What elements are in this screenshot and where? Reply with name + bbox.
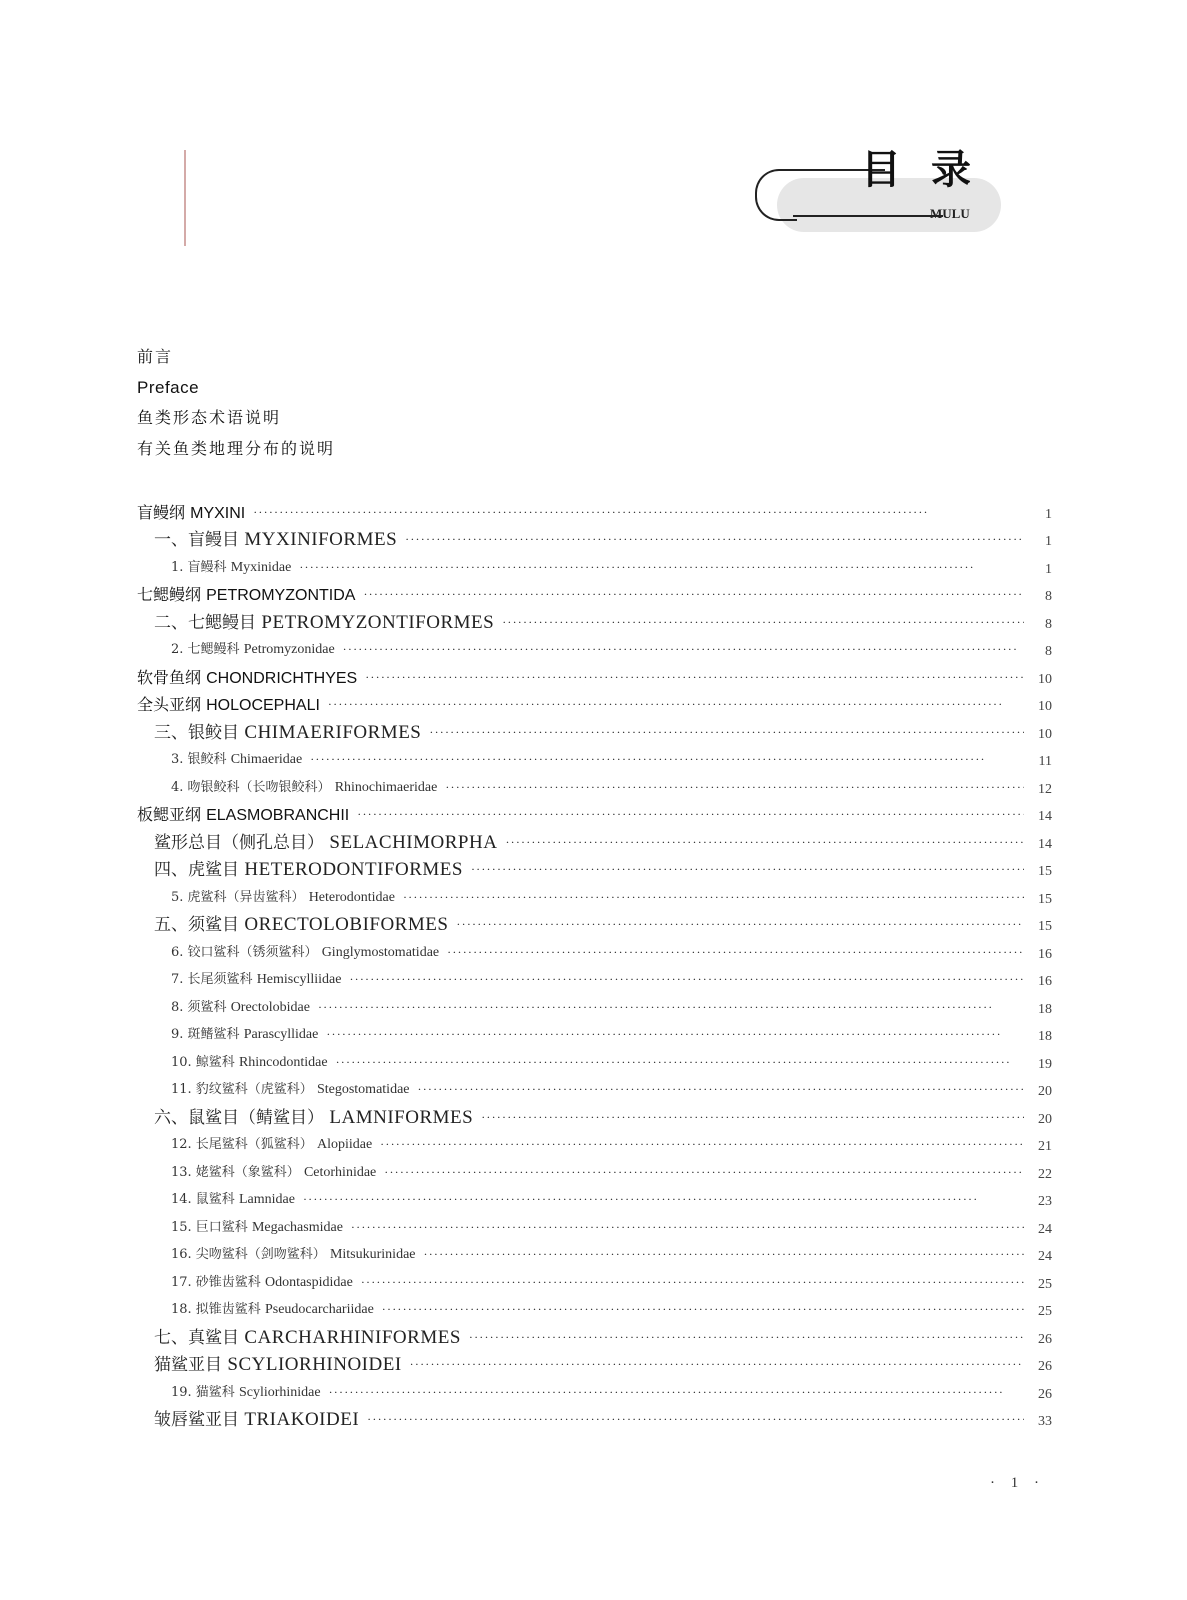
toc-entry-chinese-name: 猫鲨亚目 <box>154 1355 222 1375</box>
dot-leader: ········································… <box>365 669 1024 685</box>
toc-entry-chinese-name: 19. 猫鲨科 <box>171 1385 235 1400</box>
toc-entry-latin-name: CHONDRICHTHYES <box>206 670 357 687</box>
toc-entry-label: 11. 豹纹鲨科（虎鲨科） Stegostomatidae <box>137 1078 418 1102</box>
toc-entry-label: 六、鼠鲨目（鲭鲨目） LAMNIFORMES <box>137 1103 481 1130</box>
toc-entry[interactable]: 一、盲鳗目 MYXINIFORMES······················… <box>137 525 1052 553</box>
toc-entry-page-number: 22 <box>1024 1167 1052 1185</box>
toc-entry[interactable]: 6. 铰口鲨科（锈须鲨科） Ginglymostomatidae········… <box>137 937 1052 965</box>
toc-entry[interactable]: 二、七鳃鳗目 PETROMYZONTIFORMES···············… <box>137 607 1052 635</box>
toc-entry[interactable]: 七鳃鳗纲 PETROMYZONTIDA·····················… <box>137 580 1052 608</box>
toc-entry-chinese-name: 11. 豹纹鲨科（虎鲨科） <box>171 1082 313 1097</box>
toc-entry[interactable]: 11. 豹纹鲨科（虎鲨科） Stegostomatidae···········… <box>137 1075 1052 1103</box>
toc-entry[interactable]: 五、须鲨目 ORECTOLOBIFORMES··················… <box>137 910 1052 938</box>
toc-entry-page-number: 15 <box>1024 892 1052 910</box>
toc-entry-chinese-name: 6. 铰口鲨科（锈须鲨科） <box>171 945 318 960</box>
toc-entry-label: 七、真鲨目 CARCHARHINIFORMES <box>137 1323 469 1350</box>
toc-entry-latin-name: CHIMAERIFORMES <box>244 722 421 743</box>
toc-entry[interactable]: 19. 猫鲨科 Scyliorhinidae··················… <box>137 1377 1052 1405</box>
toc-title-block: 目录 MULU <box>755 148 1005 238</box>
page-number: · 1 · <box>990 1475 1045 1492</box>
toc-entry-latin-name: Odontaspididae <box>265 1275 353 1290</box>
toc-entry-chinese-name: 三、银鲛目 <box>154 723 239 743</box>
toc-entry-label: 8. 须鲨科 Orectolobidae <box>137 996 318 1020</box>
toc-entry-label: 三、银鲛目 CHIMAERIFORMES <box>137 718 429 745</box>
dot-leader: ········································… <box>343 641 1024 657</box>
toc-entry-latin-name: PETROMYZONTIDA <box>206 587 355 604</box>
dot-leader: ········································… <box>471 861 1024 877</box>
toc-entry-page-number: 26 <box>1024 1359 1052 1377</box>
dot-leader: ········································… <box>336 1054 1024 1070</box>
toc-entry[interactable]: 盲鳗纲 MYXINI······························… <box>137 497 1052 525</box>
toc-entry-label: 七鳃鳗纲 PETROMYZONTIDA <box>137 582 363 607</box>
toc-entry-latin-name: Stegostomatidae <box>317 1082 410 1097</box>
toc-entry-page-number: 1 <box>1024 562 1052 580</box>
toc-entry-chinese-name: 12. 长尾鲨科（狐鲨科） <box>171 1137 313 1152</box>
toc-entry[interactable]: 4. 吻银鲛科（长吻银鲛科） Rhinochimaeridae·········… <box>137 772 1052 800</box>
toc-entry-latin-name: SCYLIORHINOIDEI <box>227 1354 401 1375</box>
toc-entry[interactable]: 18. 拟锥齿鲨科 Pseudocarchariidae············… <box>137 1295 1052 1323</box>
toc-entry-latin-name: TRIAKOIDEI <box>244 1409 359 1430</box>
decorative-vertical-rule <box>184 150 186 246</box>
toc-entry-label: 10. 鲸鲨科 Rhincodontidae <box>137 1051 336 1075</box>
dot-leader: ········································… <box>456 916 1024 932</box>
page-title-pinyin: MULU <box>930 206 970 222</box>
dot-leader: ········································… <box>405 531 1024 547</box>
toc-entry[interactable]: 六、鼠鲨目（鲭鲨目） LAMNIFORMES··················… <box>137 1102 1052 1130</box>
toc-entry-page-number: 33 <box>1024 1414 1052 1432</box>
toc-entry-chinese-name: 3. 银鲛科 <box>171 752 227 767</box>
toc-entry-latin-name: SELACHIMORPHA <box>329 832 497 853</box>
dot-leader: ········································… <box>445 779 1024 795</box>
toc-entry-latin-name: HOLOCEPHALI <box>206 697 320 714</box>
toc-entry-latin-name: Orectolobidae <box>231 1000 310 1015</box>
toc-entry-chinese-name: 9. 斑鳍鲨科 <box>171 1027 240 1042</box>
toc-entry-page-number: 1 <box>1024 534 1052 552</box>
toc-entry-label: 5. 虎鲨科（异齿鲨科） Heterodontidae <box>137 886 403 910</box>
toc-entry[interactable]: 7. 长尾须鲨科 Hemiscylliidae·················… <box>137 965 1052 993</box>
toc-entry-chinese-name: 7. 长尾须鲨科 <box>171 972 253 987</box>
toc-entry-latin-name: ELASMOBRANCHII <box>206 807 349 824</box>
toc-entry-latin-name: Lamnidae <box>239 1192 295 1207</box>
toc-entry-label: 四、虎鲨目 HETERODONTIFORMES <box>137 855 471 882</box>
toc-entry-label: 15. 巨口鲨科 Megachasmidae <box>137 1216 351 1240</box>
toc-entry-latin-name: CARCHARHINIFORMES <box>244 1327 460 1348</box>
toc-entry-chinese-name: 2. 七鳃鳗科 <box>171 642 240 657</box>
dot-leader: ········································… <box>447 944 1024 960</box>
toc-entry[interactable]: 9. 斑鳍鲨科 Parascyllidae···················… <box>137 1020 1052 1048</box>
toc-entry-chinese-name: 全头亚纲 <box>137 695 201 714</box>
toc-entry-chinese-name: 七、真鲨目 <box>154 1328 239 1348</box>
toc-entry-page-number: 19 <box>1024 1057 1052 1075</box>
toc-entry-latin-name: Hemiscylliidae <box>257 972 342 987</box>
toc-entry-label: 猫鲨亚目 SCYLIORHINOIDEI <box>137 1350 410 1377</box>
toc-entry-label: 1. 盲鳗科 Myxinidae <box>137 556 299 580</box>
toc-entry-label: 2. 七鳃鳗科 Petromyzonidae <box>137 638 343 662</box>
dot-leader: ········································… <box>318 999 1024 1015</box>
toc-entry-page-number: 26 <box>1024 1387 1052 1405</box>
toc-entry-page-number: 14 <box>1024 837 1052 855</box>
dot-leader: ········································… <box>310 751 1024 767</box>
toc-entry-page-number: 24 <box>1024 1249 1052 1267</box>
toc-entry-latin-name: Myxinidae <box>231 560 292 575</box>
toc-entry[interactable]: 12. 长尾鲨科（狐鲨科） Alopiidae·················… <box>137 1130 1052 1158</box>
toc-entry-chinese-name: 皱唇鲨亚目 <box>154 1410 239 1430</box>
toc-entry-label: 鲨形总目（侧孔总目） SELACHIMORPHA <box>137 828 505 855</box>
dot-leader: ········································… <box>382 1301 1024 1317</box>
toc-entry[interactable]: 13. 姥鲨科（象鲨科） Cetorhinidae···············… <box>137 1157 1052 1185</box>
toc-entry-page-number: 24 <box>1024 1222 1052 1240</box>
dot-leader: ········································… <box>351 1219 1024 1235</box>
toc-entry-label: 13. 姥鲨科（象鲨科） Cetorhinidae <box>137 1161 384 1185</box>
toc-entry-page-number: 10 <box>1024 672 1052 690</box>
toc-entry-chinese-name: 15. 巨口鲨科 <box>171 1220 248 1235</box>
toc-entry-label: 软骨鱼纲 CHONDRICHTHYES <box>137 665 365 690</box>
toc-entry-label: 18. 拟锥齿鲨科 Pseudocarchariidae <box>137 1298 382 1322</box>
toc-entry-page-number: 16 <box>1024 974 1052 992</box>
toc-entry-label: 一、盲鳗目 MYXINIFORMES <box>137 525 405 552</box>
dot-leader: ········································… <box>349 971 1024 987</box>
toc-entry[interactable]: 七、真鲨目 CARCHARHINIFORMES·················… <box>137 1322 1052 1350</box>
toc-entry-page-number: 25 <box>1024 1304 1052 1322</box>
toc-entry[interactable]: 17. 砂锥齿鲨科 Odontaspididae················… <box>137 1267 1052 1295</box>
toc-entry[interactable]: 软骨鱼纲 CHONDRICHTHYES·····················… <box>137 662 1052 690</box>
table-of-contents: 盲鳗纲 MYXINI······························… <box>137 497 1052 1432</box>
toc-entry[interactable]: 鲨形总目（侧孔总目） SELACHIMORPHA················… <box>137 827 1052 855</box>
toc-entry-latin-name: MYXINI <box>190 505 245 522</box>
toc-entry-page-number: 25 <box>1024 1277 1052 1295</box>
toc-entry-page-number: 1 <box>1024 507 1052 525</box>
toc-entry-chinese-name: 七鳃鳗纲 <box>137 585 201 604</box>
dot-leader: ········································… <box>303 1191 1024 1207</box>
toc-entry-chinese-name: 17. 砂锥齿鲨科 <box>171 1275 261 1290</box>
toc-entry-label: 14. 鼠鲨科 Lamnidae <box>137 1188 303 1212</box>
toc-entry-page-number: 26 <box>1024 1332 1052 1350</box>
toc-entry-label: 二、七鳃鳗目 PETROMYZONTIFORMES <box>137 608 502 635</box>
toc-entry[interactable]: 14. 鼠鲨科 Lamnidae························… <box>137 1185 1052 1213</box>
toc-entry-page-number: 8 <box>1024 617 1052 635</box>
toc-entry-chinese-name: 二、七鳃鳗目 <box>154 613 256 633</box>
front-matter-item-morphology-terms[interactable]: 鱼类形态术语说明 <box>137 405 335 436</box>
toc-entry-chinese-name: 10. 鲸鲨科 <box>171 1055 235 1070</box>
toc-entry-page-number: 11 <box>1024 754 1052 772</box>
toc-entry-page-number: 10 <box>1024 699 1052 717</box>
toc-entry-label: 17. 砂锥齿鲨科 Odontaspididae <box>137 1271 361 1295</box>
toc-entry-label: 7. 长尾须鲨科 Hemiscylliidae <box>137 968 349 992</box>
toc-entry-label: 4. 吻银鲛科（长吻银鲛科） Rhinochimaeridae <box>137 776 445 800</box>
toc-entry-latin-name: Alopiidae <box>317 1137 372 1152</box>
dot-leader: ········································… <box>326 1026 1024 1042</box>
front-matter-list: 前言 Preface 鱼类形态术语说明 有关鱼类地理分布的说明 <box>137 344 335 466</box>
toc-entry-chinese-name: 四、虎鲨目 <box>154 860 239 880</box>
toc-entry-label: 全头亚纲 HOLOCEPHALI <box>137 692 328 717</box>
dot-leader: ········································… <box>502 614 1024 630</box>
dot-leader: ········································… <box>418 1081 1025 1097</box>
toc-entry-latin-name: Rhincodontidae <box>239 1055 328 1070</box>
toc-entry-label: 皱唇鲨亚目 TRIAKOIDEI <box>137 1405 367 1432</box>
toc-entry-page-number: 20 <box>1024 1112 1052 1130</box>
toc-entry-label: 6. 铰口鲨科（锈须鲨科） Ginglymostomatidae <box>137 941 447 965</box>
toc-entry[interactable]: 三、银鲛目 CHIMAERIFORMES····················… <box>137 717 1052 745</box>
toc-entry[interactable]: 2. 七鳃鳗科 Petromyzonidae··················… <box>137 635 1052 663</box>
dot-leader: ········································… <box>299 559 1024 575</box>
toc-entry-label: 9. 斑鳍鲨科 Parascyllidae <box>137 1023 326 1047</box>
toc-entry-page-number: 12 <box>1024 782 1052 800</box>
dot-leader: ········································… <box>424 1246 1025 1262</box>
toc-entry-label: 板鳃亚纲 ELASMOBRANCHII <box>137 802 357 827</box>
toc-entry[interactable]: 板鳃亚纲 ELASMOBRANCHII·····················… <box>137 800 1052 828</box>
toc-entry-latin-name: Megachasmidae <box>252 1220 343 1235</box>
toc-entry-label: 盲鳗纲 MYXINI <box>137 500 253 525</box>
toc-entry-chinese-name: 5. 虎鲨科（异齿鲨科） <box>171 890 305 905</box>
dot-leader: ········································… <box>410 1356 1024 1372</box>
toc-entry-latin-name: Chimaeridae <box>231 752 303 767</box>
toc-entry-label: 五、须鲨目 ORECTOLOBIFORMES <box>137 910 456 937</box>
toc-entry-latin-name: Pseudocarchariidae <box>265 1302 374 1317</box>
toc-entry-page-number: 8 <box>1024 589 1052 607</box>
toc-entry-latin-name: Petromyzonidae <box>244 642 335 657</box>
toc-entry-chinese-name: 13. 姥鲨科（象鲨科） <box>171 1165 300 1180</box>
toc-entry-chinese-name: 一、盲鳗目 <box>154 530 239 550</box>
toc-entry-latin-name: Scyliorhinidae <box>239 1385 321 1400</box>
dot-leader: ········································… <box>429 724 1024 740</box>
toc-entry-latin-name: PETROMYZONTIFORMES <box>261 612 494 633</box>
toc-entry-chinese-name: 1. 盲鳗科 <box>171 560 227 575</box>
toc-entry[interactable]: 3. 银鲛科 Chimaeridae······················… <box>137 745 1052 773</box>
dot-leader: ········································… <box>380 1136 1024 1152</box>
toc-entry-chinese-name: 鲨形总目（侧孔总目） <box>154 833 324 853</box>
front-matter-item-distribution-notes[interactable]: 有关鱼类地理分布的说明 <box>137 436 335 467</box>
toc-entry-latin-name: Parascyllidae <box>244 1027 319 1042</box>
toc-entry[interactable]: 8. 须鲨科 Orectolobidae····················… <box>137 992 1052 1020</box>
toc-entry-page-number: 21 <box>1024 1139 1052 1157</box>
toc-entry-chinese-name: 16. 尖吻鲨科（剑吻鲨科） <box>171 1247 326 1262</box>
toc-entry-page-number: 14 <box>1024 809 1052 827</box>
dot-leader: ········································… <box>367 1411 1024 1427</box>
toc-entry-page-number: 15 <box>1024 919 1052 937</box>
toc-entry[interactable]: 1. 盲鳗科 Myxinidae························… <box>137 552 1052 580</box>
toc-entry-page-number: 23 <box>1024 1194 1052 1212</box>
toc-entry-label: 12. 长尾鲨科（狐鲨科） Alopiidae <box>137 1133 380 1157</box>
toc-entry-latin-name: Ginglymostomatidae <box>322 945 439 960</box>
toc-entry-latin-name: Cetorhinidae <box>304 1165 376 1180</box>
dot-leader: ········································… <box>361 1274 1024 1290</box>
toc-entry-chinese-name: 18. 拟锥齿鲨科 <box>171 1302 261 1317</box>
toc-entry-page-number: 18 <box>1024 1002 1052 1020</box>
title-bracket-curve <box>755 169 797 221</box>
dot-leader: ········································… <box>469 1329 1024 1345</box>
front-matter-item-preface[interactable]: Preface <box>137 375 335 406</box>
toc-entry-chinese-name: 软骨鱼纲 <box>137 668 201 687</box>
toc-entry-latin-name: HETERODONTIFORMES <box>244 859 463 880</box>
toc-entry-page-number: 8 <box>1024 644 1052 662</box>
toc-entry[interactable]: 15. 巨口鲨科 Megachasmidae··················… <box>137 1212 1052 1240</box>
dot-leader: ········································… <box>403 889 1024 905</box>
toc-entry[interactable]: 5. 虎鲨科（异齿鲨科） Heterodontidae·············… <box>137 882 1052 910</box>
toc-entry-page-number: 20 <box>1024 1084 1052 1102</box>
toc-entry-chinese-name: 六、鼠鲨目（鲭鲨目） <box>154 1108 324 1128</box>
toc-entry-label: 3. 银鲛科 Chimaeridae <box>137 748 310 772</box>
dot-leader: ········································… <box>357 806 1024 822</box>
toc-entry-latin-name: ORECTOLOBIFORMES <box>244 914 448 935</box>
toc-entry-latin-name: Rhinochimaeridae <box>335 780 438 795</box>
toc-entry[interactable]: 10. 鲸鲨科 Rhincodontidae··················… <box>137 1047 1052 1075</box>
toc-entry-page-number: 16 <box>1024 947 1052 965</box>
toc-entry-chinese-name: 五、须鲨目 <box>154 915 239 935</box>
page-title: 目录 <box>861 148 1001 192</box>
toc-entry-latin-name: LAMNIFORMES <box>329 1107 473 1128</box>
front-matter-item-foreword[interactable]: 前言 <box>137 344 335 375</box>
toc-entry-page-number: 15 <box>1024 864 1052 882</box>
toc-entry-chinese-name: 盲鳗纲 <box>137 503 185 522</box>
dot-leader: ········································… <box>363 586 1024 602</box>
dot-leader: ········································… <box>384 1164 1024 1180</box>
dot-leader: ········································… <box>253 504 1024 520</box>
dot-leader: ········································… <box>505 834 1024 850</box>
toc-entry[interactable]: 全头亚纲 HOLOCEPHALI························… <box>137 690 1052 718</box>
dot-leader: ········································… <box>329 1384 1024 1400</box>
toc-entry-latin-name: Heterodontidae <box>309 890 395 905</box>
toc-entry-page-number: 18 <box>1024 1029 1052 1047</box>
toc-entry-label: 16. 尖吻鲨科（剑吻鲨科） Mitsukurinidae <box>137 1243 424 1267</box>
toc-entry-latin-name: Mitsukurinidae <box>330 1247 416 1262</box>
toc-entry[interactable]: 皱唇鲨亚目 TRIAKOIDEI························… <box>137 1405 1052 1433</box>
dot-leader: ········································… <box>481 1109 1024 1125</box>
toc-entry-latin-name: MYXINIFORMES <box>244 529 397 550</box>
toc-entry-chinese-name: 14. 鼠鲨科 <box>171 1192 235 1207</box>
toc-entry[interactable]: 16. 尖吻鲨科（剑吻鲨科） Mitsukurinidae···········… <box>137 1240 1052 1268</box>
dot-leader: ········································… <box>328 696 1024 712</box>
toc-entry-page-number: 10 <box>1024 727 1052 745</box>
toc-entry-chinese-name: 板鳃亚纲 <box>137 805 201 824</box>
toc-entry-chinese-name: 8. 须鲨科 <box>171 1000 227 1015</box>
toc-entry-label: 19. 猫鲨科 Scyliorhinidae <box>137 1381 329 1405</box>
toc-entry[interactable]: 猫鲨亚目 SCYLIORHINOIDEI····················… <box>137 1350 1052 1378</box>
toc-entry[interactable]: 四、虎鲨目 HETERODONTIFORMES·················… <box>137 855 1052 883</box>
toc-entry-chinese-name: 4. 吻银鲛科（长吻银鲛科） <box>171 780 331 795</box>
title-rule-bottom <box>793 215 943 217</box>
